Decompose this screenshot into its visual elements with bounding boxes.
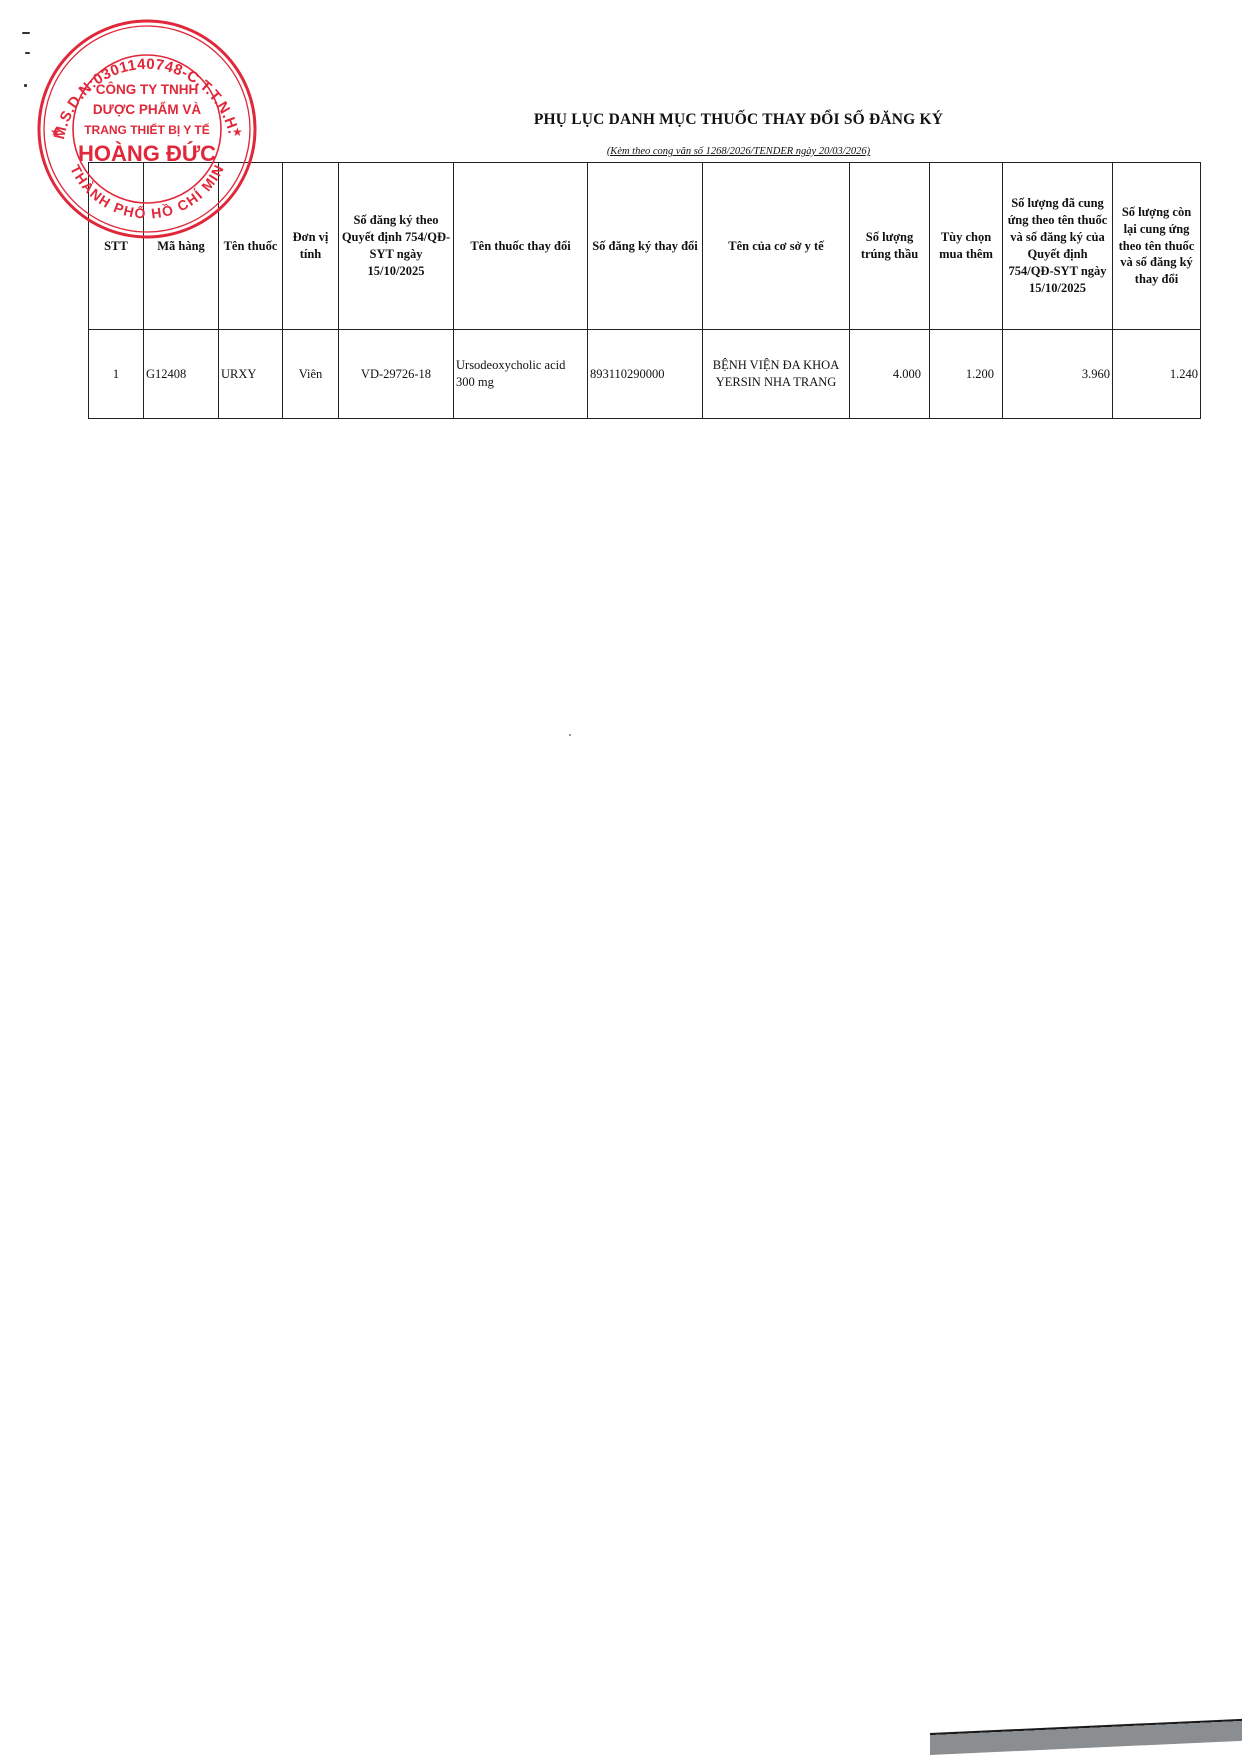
cell-tuy-chon-mua-them: 1.200 [930, 330, 1003, 419]
scan-mark [569, 734, 571, 736]
scan-mark [25, 52, 30, 54]
cell-so-luong-con-lai: 1.240 [1113, 330, 1201, 419]
header-so-dang-ky-cu: Số đăng ký theo Quyết định 754/QĐ-SYT ng… [339, 163, 454, 330]
cell-ten-thuoc-thay-doi: Ursodeoxycholic acid 300 mg [454, 330, 588, 419]
cell-don-vi-tinh: Viên [283, 330, 339, 419]
header-so-luong-trung-thau: Số lượng trúng thầu [850, 163, 930, 330]
scan-mark [24, 84, 27, 87]
header-so-luong-da-cung-ung: Số lượng đã cung ứng theo tên thuốc và s… [1003, 163, 1113, 330]
cell-ma-hang: G12408 [144, 330, 219, 419]
header-ten-thuoc: Tên thuốc [219, 163, 283, 330]
header-stt: STT [89, 163, 144, 330]
scan-page-edge [930, 1719, 1242, 1755]
cell-stt: 1 [89, 330, 144, 419]
header-so-luong-con-lai: Số lượng còn lại cung ứng theo tên thuốc… [1113, 163, 1201, 330]
header-ten-co-so-y-te: Tên của cơ sở y tế [703, 163, 850, 330]
scan-mark [22, 32, 30, 34]
cell-so-luong-da-cung-ung: 3.960 [1003, 330, 1113, 419]
cell-so-luong-trung-thau: 4.000 [850, 330, 930, 419]
header-don-vi-tinh: Đơn vị tính [283, 163, 339, 330]
header-so-dang-ky-thay-doi: Số đăng ký thay đổi [588, 163, 703, 330]
header-ma-hang: Mã hàng [144, 163, 219, 330]
table-header-row: STT Mã hàng Tên thuốc Đơn vị tính Số đăn… [89, 163, 1201, 330]
document-subtitle: (Kèm theo cong văn số 1268/2026/TENDER n… [0, 146, 1242, 157]
cell-ten-thuoc: URXY [219, 330, 283, 419]
header-ten-thuoc-thay-doi: Tên thuốc thay đổi [454, 163, 588, 330]
stamp-line-1: CÔNG TY TNHH [96, 82, 199, 97]
drug-change-table: STT Mã hàng Tên thuốc Đơn vị tính Số đăn… [88, 162, 1201, 419]
header-tuy-chon-mua-them: Tùy chọn mua thêm [930, 163, 1003, 330]
table-row: 1 G12408 URXY Viên VD-29726-18 Ursodeoxy… [89, 330, 1201, 419]
document-title: PHỤ LỤC DANH MỤC THUỐC THAY ĐỔI SỐ ĐĂNG … [0, 111, 1242, 129]
cell-ten-co-so-y-te: BỆNH VIỆN ĐA KHOA YERSIN NHA TRANG [703, 330, 850, 419]
cell-so-dang-ky-cu: VD-29726-18 [339, 330, 454, 419]
cell-so-dang-ky-thay-doi: 893110290000 [588, 330, 703, 419]
